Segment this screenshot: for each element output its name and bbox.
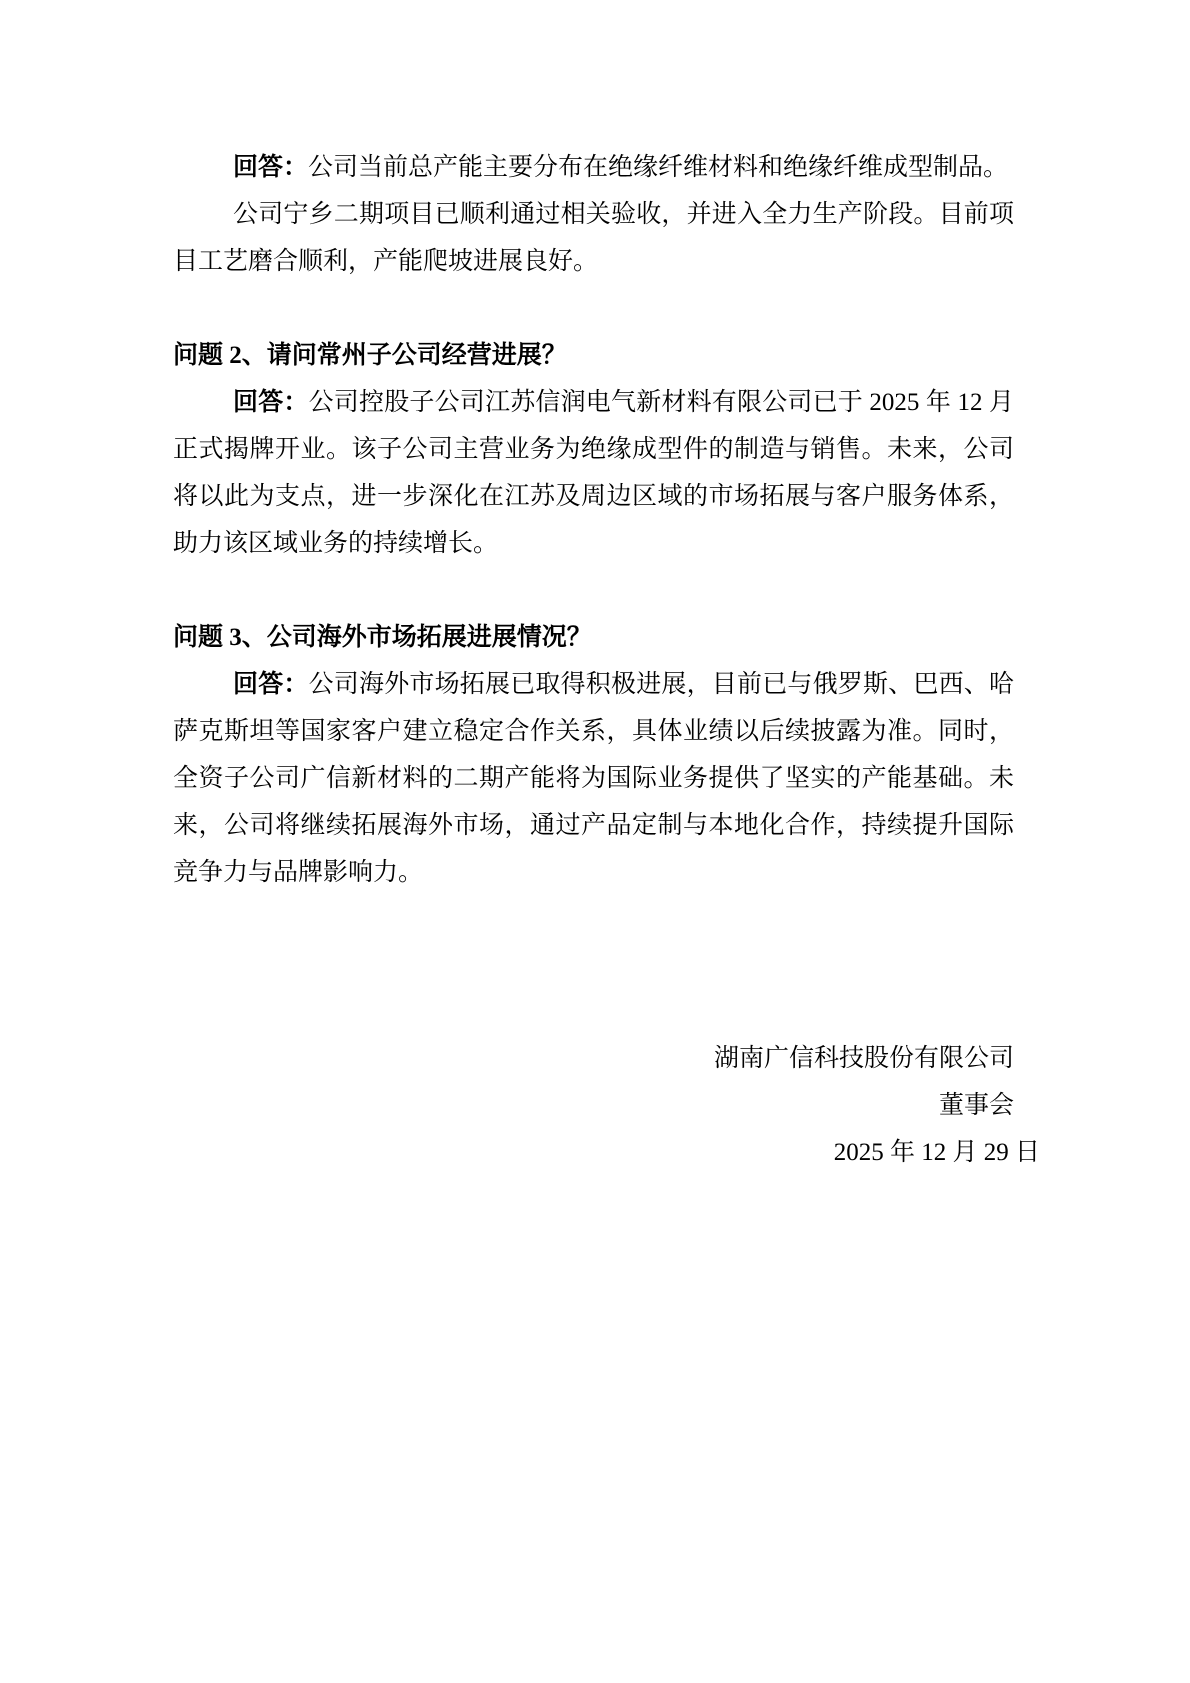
answer-label: 回答： xyxy=(233,389,309,416)
document-page: 回答：公司当前总产能主要分布在绝缘纤维材料和绝缘纤维成型制品。 公司宁乡二期项目… xyxy=(0,0,1190,1683)
answer-text: 公司海外市场拓展已取得积极进展，目前已与俄罗斯、巴西、哈萨克斯坦等国家客户建立稳… xyxy=(173,671,1014,886)
signature-issuer: 董事会 xyxy=(173,1082,1014,1129)
question-2-answer-paragraph: 回答：公司控股子公司江苏信润电气新材料有限公司已于 2025 年 12 月正式揭… xyxy=(173,379,1014,567)
signature-block: 湖南广信科技股份有限公司 董事会 2025 年 12 月 29 日 xyxy=(173,1035,1014,1176)
signature-company: 湖南广信科技股份有限公司 xyxy=(173,1035,1014,1082)
signature-date: 2025 年 12 月 29 日 xyxy=(173,1129,1040,1176)
continued-answer-followup-paragraph: 公司宁乡二期项目已顺利通过相关验收，并进入全力生产阶段。目前项目工艺磨合顺利，产… xyxy=(173,191,1014,285)
answer-label: 回答： xyxy=(233,671,309,698)
question-2-heading: 问题 2、请问常州子公司经营进展？ xyxy=(173,332,1014,379)
continued-answer-paragraph: 回答：公司当前总产能主要分布在绝缘纤维材料和绝缘纤维成型制品。 xyxy=(173,144,1014,191)
question-3-heading: 问题 3、公司海外市场拓展进展情况？ xyxy=(173,614,1014,661)
answer-text: 公司当前总产能主要分布在绝缘纤维材料和绝缘纤维成型制品。 xyxy=(308,154,1008,181)
answer-label: 回答： xyxy=(233,154,308,181)
question-3-answer-paragraph: 回答：公司海外市场拓展已取得积极进展，目前已与俄罗斯、巴西、哈萨克斯坦等国家客户… xyxy=(173,661,1014,896)
